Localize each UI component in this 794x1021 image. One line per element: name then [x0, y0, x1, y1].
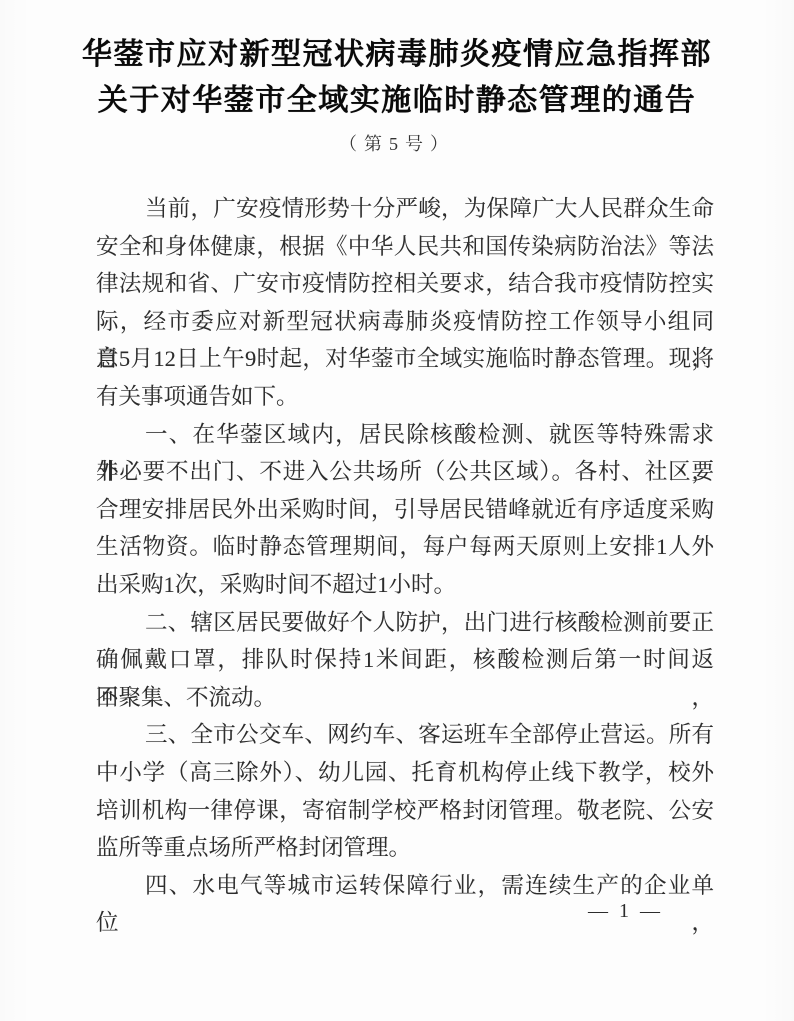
body-line: 合理安排居民外出采购时间，引导居民错峰就近有序适度采购: [96, 491, 714, 529]
issue-number: （第5号）: [0, 133, 794, 155]
body-line: 生活物资。临时静态管理期间，每户每两天原则上安排1人外: [96, 528, 714, 566]
body-line: 有关事项通告如下。: [96, 378, 714, 416]
body-line: 中小学（高三除外）、幼儿园、托育机构停止线下教学，校外: [96, 754, 714, 792]
body-line: 当前，广安疫情形势十分严峻，为保障广大人民群众生命: [96, 190, 714, 228]
body-line: 监所等重点场所严格封闭管理。: [96, 829, 714, 867]
body-line: 确佩戴口罩，排队时保持1米间距，核酸检测后第一时间返回，: [96, 641, 714, 679]
body-line: 自5月12日上午9时起，对华蓥市全域实施临时静态管理。现将: [96, 340, 714, 378]
body-line: 律法规和省、广安市疫情防控相关要求，结合我市疫情防控实: [96, 265, 714, 303]
notice-page: 华蓥市应对新型冠状病毒肺炎疫情应急指挥部 关于对华蓥市全域实施临时静态管理的通告…: [0, 0, 794, 1021]
body-line: 二、辖区居民要做好个人防护，出门进行核酸检测前要正: [96, 604, 714, 642]
body-line: 安全和身体健康，根据《中华人民共和国传染病防治法》等法: [96, 228, 714, 266]
notice-title-line2: 关于对华蓥市全域实施临时静态管理的通告: [0, 78, 794, 124]
body-line: 际，经市委应对新型冠状病毒肺炎疫情防控工作领导小组同意，: [96, 303, 714, 341]
notice-body: 当前，广安疫情形势十分严峻，为保障广大人民群众生命 安全和身体健康，根据《中华人…: [96, 190, 714, 904]
body-line: 出采购1次，采购时间不超过1小时。: [96, 566, 714, 604]
body-line: 非必要不出门、不进入公共场所（公共区域）。各村、社区要: [96, 453, 714, 491]
body-line: 三、全市公交车、网约车、客运班车全部停止营运。所有: [96, 716, 714, 754]
page-number: — 1 —: [588, 900, 663, 923]
notice-title: 华蓥市应对新型冠状病毒肺炎疫情应急指挥部 关于对华蓥市全域实施临时静态管理的通告…: [0, 32, 794, 155]
body-line: 一、在华蓥区域内，居民除核酸检测、就医等特殊需求外，: [96, 416, 714, 454]
notice-title-line1: 华蓥市应对新型冠状病毒肺炎疫情应急指挥部: [0, 32, 794, 78]
body-line: 培训机构一律停课，寄宿制学校严格封闭管理。敬老院、公安: [96, 792, 714, 830]
body-line: 四、水电气等城市运转保障行业，需连续生产的企业单位，: [96, 867, 714, 905]
